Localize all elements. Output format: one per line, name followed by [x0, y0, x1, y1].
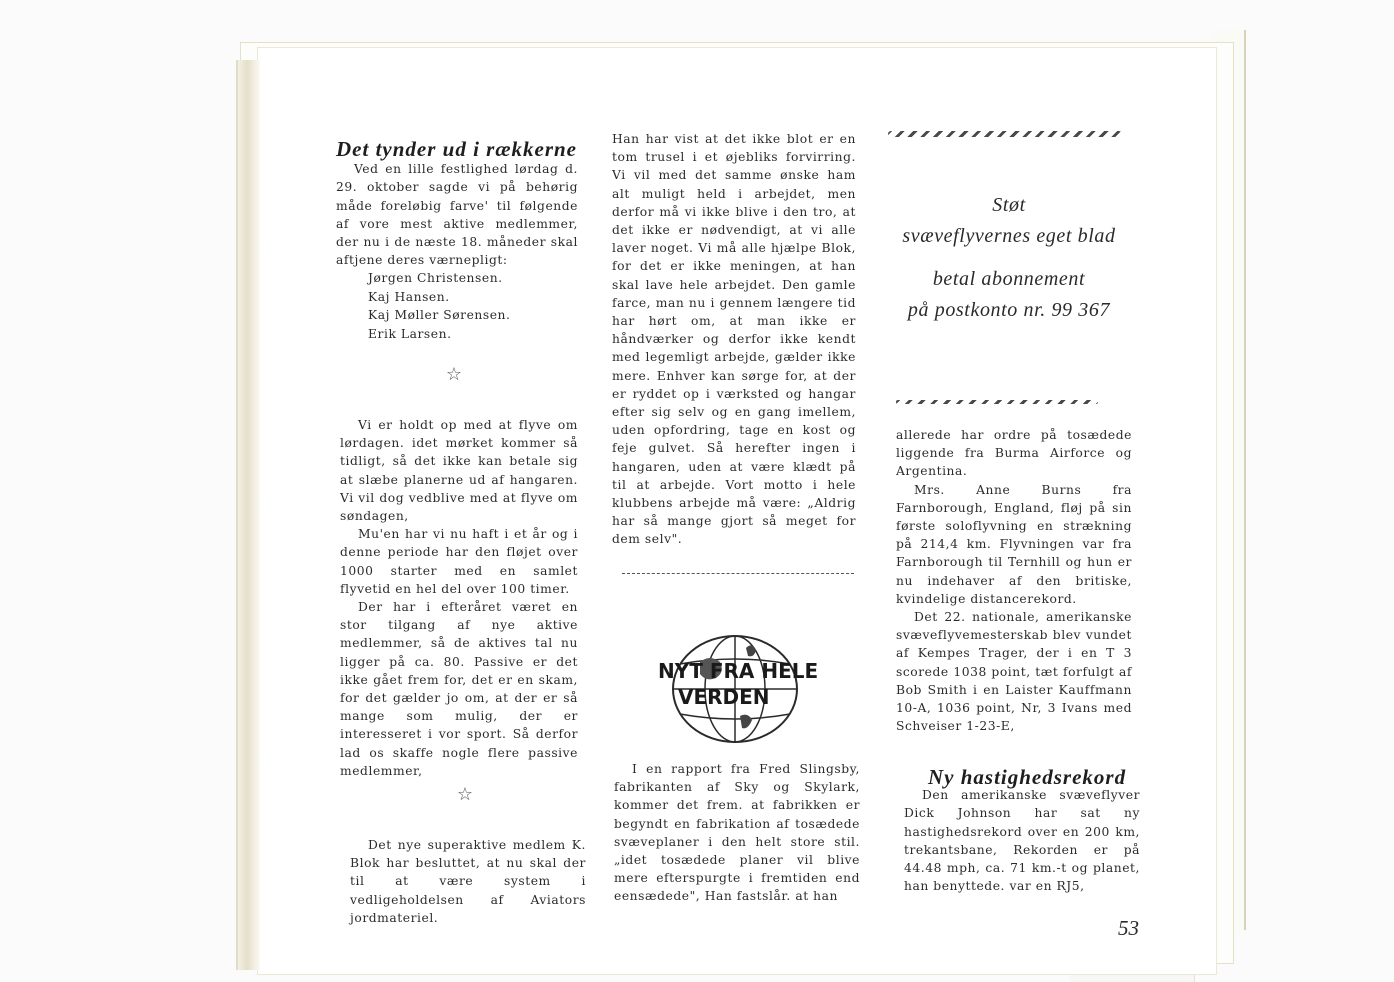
name-item: Erik Larsen.: [368, 325, 578, 344]
paragraph: allerede har ordre på tosædede liggende …: [896, 426, 1132, 481]
column-2-lower: I en rapport fra Fred Slingsby, fabrikan…: [614, 760, 860, 906]
name-item: Jørgen Christensen.: [368, 269, 578, 288]
svg-text:NYT FRA HELE: NYT FRA HELE: [658, 659, 818, 683]
column-3: allerede har ordre på tosædede liggende …: [896, 426, 1132, 735]
promo-line: betal abonnement: [884, 264, 1134, 295]
article-heading: Det tynder ud i rækkerne: [336, 140, 578, 158]
wavy-divider-top: [888, 131, 1122, 137]
paragraph: Han har vist at det ikke blot er en tom …: [612, 130, 856, 549]
paragraph: Den amerikanske svæveflyver Dick Johnson…: [904, 786, 1140, 895]
paragraph: Det 22. nationale, amerikanske svæveflyv…: [896, 608, 1132, 735]
article-heading: Ny hastighedsrekord: [904, 768, 1140, 786]
paragraph: Vi er holdt op med at flyve om lørdagen.…: [340, 416, 578, 525]
name-item: Kaj Hansen.: [368, 288, 578, 307]
star-divider-icon: ☆: [444, 364, 464, 385]
column-3-lower: Ny hastighedsrekord Den amerikanske svæv…: [904, 768, 1140, 895]
page-number: 53: [1118, 916, 1139, 941]
column-2: Han har vist at det ikke blot er en tom …: [612, 130, 856, 549]
column-1-bottom: Det nye superaktive medlem K. Blok har b…: [350, 836, 586, 927]
promo-line: svæveflyvernes eget blad: [884, 221, 1134, 252]
star-divider-icon: ☆: [455, 784, 475, 805]
paragraph: Mrs. Anne Burns fra Farnborough, England…: [896, 481, 1132, 608]
promo-line: på postkonto nr. 99 367: [884, 295, 1134, 326]
paragraph: Det nye superaktive medlem K. Blok har b…: [350, 836, 586, 927]
wavy-divider-bottom: [896, 400, 1098, 404]
conscript-names-list: Jørgen Christensen. Kaj Hansen. Kaj Møll…: [336, 269, 578, 343]
paragraph: Der har i efteråret været en stor tilgan…: [340, 598, 578, 780]
page-spine: [238, 60, 260, 970]
section-divider: [622, 573, 854, 574]
paragraph: Mu'en har vi nu haft i et år og i denne …: [340, 525, 578, 598]
subscription-promo: Støt svæveflyvernes eget blad betal abon…: [884, 190, 1134, 326]
svg-text:VERDEN: VERDEN: [678, 685, 770, 709]
name-item: Kaj Møller Sørensen.: [368, 306, 578, 325]
paragraph: I en rapport fra Fred Slingsby, fabrikan…: [614, 760, 860, 906]
spine-fold-line: [236, 60, 238, 970]
promo-line: Støt: [884, 190, 1134, 221]
column-1-lower: Vi er holdt op med at flyve om lørdagen.…: [340, 416, 578, 780]
column-1: Det tynder ud i rækkerne Ved en lille fe…: [336, 140, 578, 343]
globe-logo-icon: NYT FRA HELE VERDEN: [650, 632, 820, 747]
article-intro: Ved en lille festlighed lørdag d. 29. ok…: [336, 160, 578, 269]
